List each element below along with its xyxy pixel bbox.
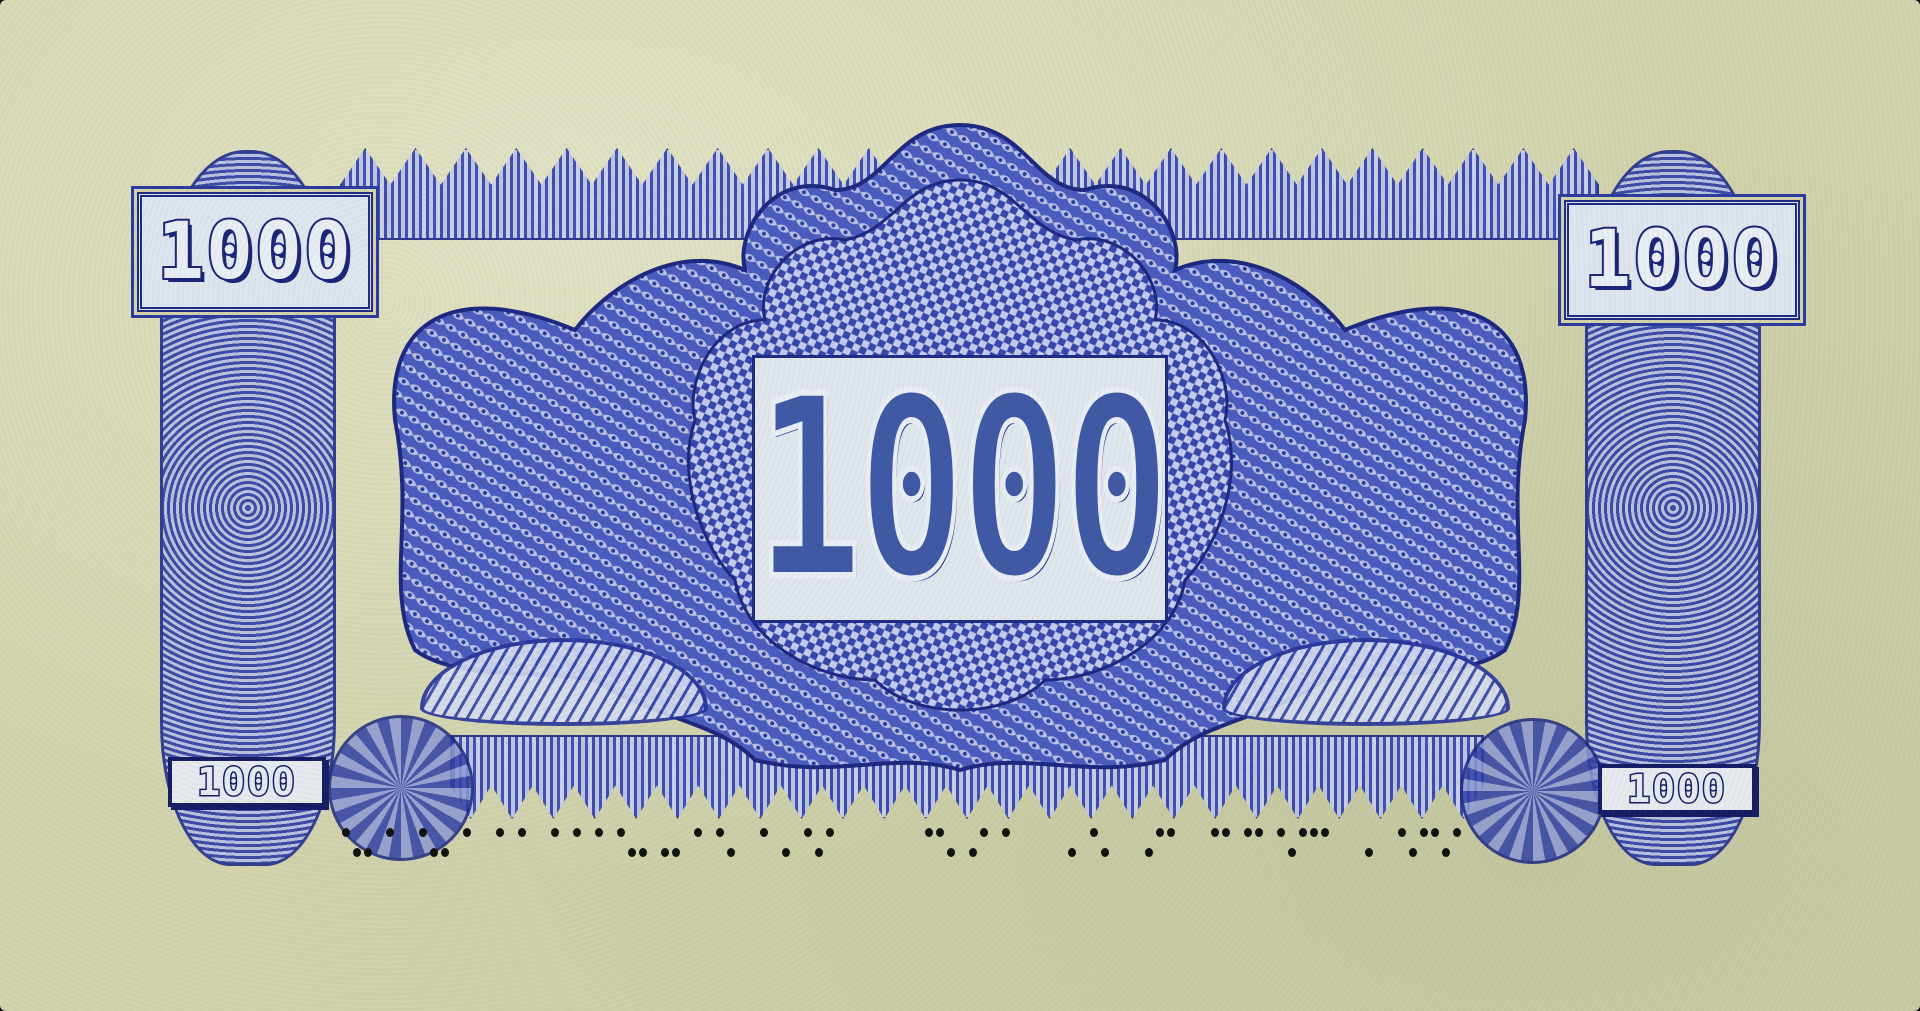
perforation-hole xyxy=(694,828,702,837)
perforation-hole xyxy=(1255,828,1263,837)
perforation-hole xyxy=(595,828,603,837)
perforation-hole xyxy=(1277,828,1285,837)
perforation-hole xyxy=(1299,828,1307,837)
perforation-hole xyxy=(716,828,724,837)
perforation-hole xyxy=(1002,828,1010,837)
perforation-hole xyxy=(1156,828,1164,837)
perforation-hole xyxy=(617,828,625,837)
perforation-hole xyxy=(727,848,735,857)
perforation-hole xyxy=(1211,828,1219,837)
perforation-hole xyxy=(441,848,449,857)
perforation-hole xyxy=(969,848,977,857)
strip-value-text: 1000 xyxy=(1627,767,1727,811)
perforation-hole xyxy=(1453,828,1461,837)
perforation-hole xyxy=(1288,848,1296,857)
perforation-hole xyxy=(364,848,372,857)
perforation-hole xyxy=(463,828,471,837)
perforation-hole xyxy=(1398,828,1406,837)
perforation-hole xyxy=(1442,848,1450,857)
perforation-hole xyxy=(518,828,526,837)
perforation-hole xyxy=(947,848,955,857)
perforation-hole xyxy=(1167,828,1175,837)
perforation-hole xyxy=(1244,828,1252,837)
perforation-hole xyxy=(925,828,933,837)
perforation-hole xyxy=(551,828,559,837)
value-strip-bottom-left: 1000 xyxy=(168,757,326,807)
perforation-hole xyxy=(1068,848,1076,857)
perforation-hole xyxy=(1310,828,1318,837)
perforation-hole xyxy=(496,828,504,837)
center-denomination: 1000 xyxy=(755,364,1165,614)
corner-value-text: 1000 xyxy=(157,207,353,297)
right-seal-rosette xyxy=(1460,718,1606,864)
perforation-hole xyxy=(804,828,812,837)
perforation-hole xyxy=(1420,828,1428,837)
perforation-hole xyxy=(628,848,636,857)
banknote: 1000 1000 1000 1000 1000 xyxy=(0,0,1920,1011)
perforation-hole xyxy=(419,828,427,837)
perforation-hole xyxy=(1431,828,1439,837)
perforation-hole xyxy=(672,848,680,857)
perforation-hole xyxy=(386,828,394,837)
perforation-hole xyxy=(936,828,944,837)
perforation-hole xyxy=(639,848,647,857)
perforation-hole xyxy=(815,848,823,857)
strip-value-text: 1000 xyxy=(197,760,297,804)
perforation-hole xyxy=(1145,848,1153,857)
center-denomination-panel: 1000 xyxy=(752,355,1168,623)
perforation-hole xyxy=(1321,828,1329,837)
perforation-hole xyxy=(1101,848,1109,857)
perforation-hole xyxy=(980,828,988,837)
perforation-hole xyxy=(342,828,350,837)
perforation-hole xyxy=(353,848,361,857)
perforation-hole xyxy=(1090,828,1098,837)
perforation-hole xyxy=(430,848,438,857)
perforation-hole xyxy=(573,828,581,837)
perforation-hole xyxy=(661,848,669,857)
perforation-hole xyxy=(826,828,834,837)
corner-value-top-left: 1000 xyxy=(137,192,373,312)
perforation-hole xyxy=(1222,828,1230,837)
perforation-hole xyxy=(782,848,790,857)
perforation-hole xyxy=(760,828,768,837)
value-strip-bottom-right: 1000 xyxy=(1598,764,1756,814)
corner-value-text: 1000 xyxy=(1584,215,1780,305)
perforation-hole xyxy=(1365,848,1373,857)
corner-value-top-right: 1000 xyxy=(1564,200,1800,320)
perforation-hole xyxy=(1409,848,1417,857)
left-seal-rosette xyxy=(328,715,474,861)
